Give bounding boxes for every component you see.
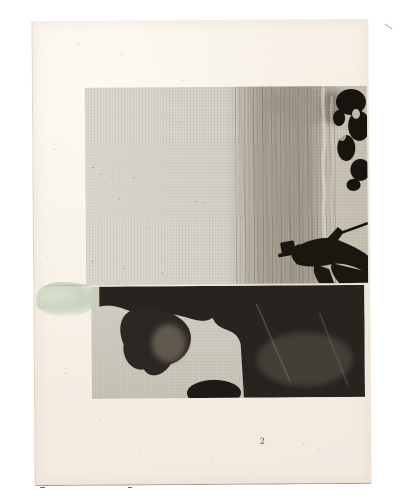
shore-rocks xyxy=(333,89,368,191)
paper-speckles xyxy=(32,21,33,22)
bottom-dark-blob xyxy=(187,380,241,399)
scan-edge-mark xyxy=(40,487,45,488)
boulder-highlight xyxy=(152,324,186,362)
photo-seascape xyxy=(85,86,368,285)
seascape-illustration xyxy=(85,86,368,285)
photo-boulders xyxy=(91,285,365,399)
page-number: 2 xyxy=(256,437,268,446)
scan-scratch-mark xyxy=(385,24,393,30)
scanned-page-canvas: 2 xyxy=(0,0,400,500)
walking-cane xyxy=(338,223,368,234)
boulders-illustration xyxy=(91,285,365,399)
book-page: 2 xyxy=(31,19,371,486)
scan-edge-mark xyxy=(128,487,132,488)
